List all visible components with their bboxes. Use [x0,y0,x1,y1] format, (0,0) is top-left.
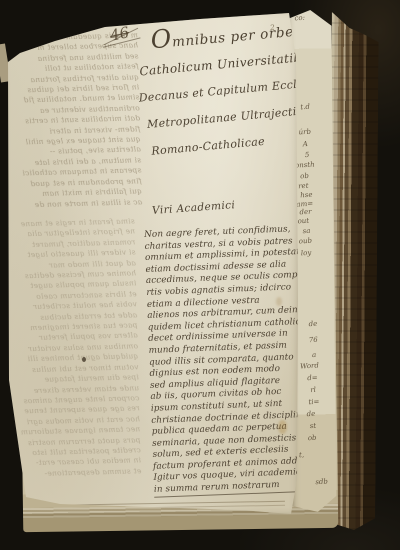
cut-off-handwriting-fragment: onsth [295,160,315,169]
heading-line-3: Decanus et Capitulum Ecclesiae [138,77,307,105]
bleed-through-text-lower: sima ferant in regis et mane ne frigoris… [7,216,142,479]
manuscript-photo: co: 7 t.d 1 úrb A 5 onsth ob ret hse am=… [0,0,400,550]
cut-off-handwriting-fragment: sa [302,227,310,235]
manuscript-heading: Omnibus per orbem Catholicum Universitat… [132,17,312,158]
manuscript-body: Non aegre feret, uti confidimus, charita… [144,224,318,498]
salutation: Viri Academici [152,199,236,217]
cut-off-handwriting-fragment: de [308,320,317,329]
ink-blot [82,357,86,362]
heading-line-2: Catholicum Universitatibus [139,50,306,78]
paper-stain [276,297,282,306]
cut-off-handwriting-fragment: oub [299,237,313,246]
cut-off-handwriting-fragment: a [312,351,317,359]
cut-off-handwriting-fragment: úrb [298,128,311,137]
cut-off-handwriting-fragment: rl [310,386,316,394]
manuscript-page: m lensis quaedam et hanc superbos toller… [6,12,302,518]
cut-off-handwriting-fragment: st [309,422,316,430]
cut-off-handwriting-fragment: t, [299,451,305,459]
cut-off-handwriting-fragment: loy [301,249,312,258]
cut-off-handwriting-fragment: t.d [300,103,310,112]
cut-off-handwriting-fragment: hse [300,191,313,200]
heading-line-1: Omnibus per orbem [150,17,303,52]
cut-off-handwriting-fragment: sdb [315,478,328,487]
bleed-through-line: ac si illius in morte non de [16,197,142,211]
heading-line-4: Metropolitanae Ultrajectinae [147,104,311,131]
cut-off-handwriting-fragment: ob [308,434,317,443]
cut-off-handwriting-fragment: Word [300,361,319,370]
cut-off-handwriting-fragment: d= [307,374,318,383]
cut-off-handwriting-fragment: de [306,410,315,419]
heading-line-5: Romano-Catholicae [151,131,313,158]
cut-off-handwriting-fragment: 5 [305,151,310,159]
bleed-through-text-upper: m lensis quaedam et hanc superbos toller… [12,30,143,210]
cut-off-handwriting-fragment: ret [298,182,309,191]
cut-off-handwriting-fragment: 76 [309,336,318,345]
cut-off-handwriting-fragment: out [297,217,309,226]
bleed-through-line: et summa desperatione- [13,466,141,480]
cut-off-handwriting-fragment: ti= [308,398,319,407]
cut-off-handwriting-fragment: A [303,140,309,148]
cut-off-handwriting-fragment: der [299,208,311,217]
paper-stain [278,420,287,434]
cut-off-handwriting-fragment: ob [300,172,309,181]
